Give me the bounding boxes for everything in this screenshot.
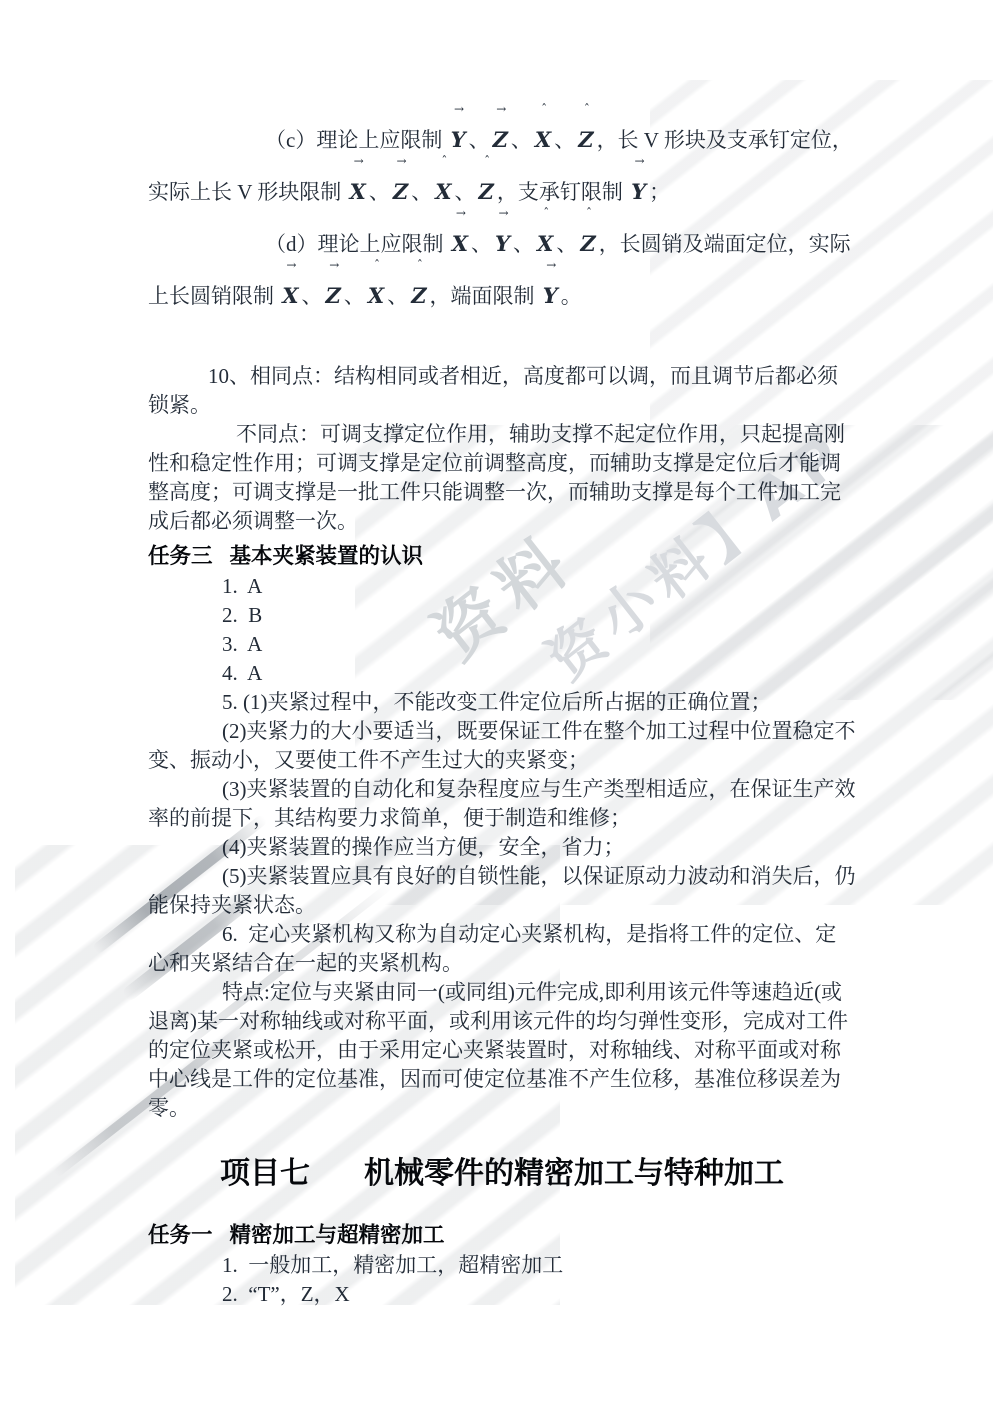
- text-run: 、: [556, 232, 577, 256]
- math-letter: Z: [580, 231, 595, 256]
- answer-5-1: 5. (1)夹紧过程中，不能改变工件定位后所占据的正确位置；: [148, 688, 856, 717]
- math-letter: Z: [478, 179, 493, 204]
- math-accent: ˆ: [367, 260, 387, 270]
- task1-answer-2: 2. “T”，Z，X: [222, 1280, 856, 1309]
- math-accent: →: [542, 260, 561, 270]
- text-run: ，端面限制: [430, 284, 540, 308]
- answer-5-5: (5)夹紧装置应具有良好的自锁性能，以保证原动力波动和消失后，仍能保持夹紧状态。: [148, 862, 856, 920]
- math-symbol: →Y: [494, 218, 511, 270]
- math-accent: ˆ: [410, 260, 429, 270]
- math-letter: Z: [578, 127, 593, 152]
- answer-5-4: (4)夹紧装置的操作应当方便，安全，省力；: [148, 833, 856, 862]
- para-10-diff: 不同点：可调支撑定位作用，辅助支撑不起定位作用，只起提高刚性和稳定性作用；可调支…: [148, 420, 856, 536]
- para-d: （d）理论上应限制 →X、→Y、ˆX、ˆZ，长圆销及端面定位，实际上长圆销限制 …: [148, 218, 856, 322]
- math-symbol: →Z: [325, 270, 342, 322]
- math-letter: X: [282, 283, 298, 308]
- math-letter: Y: [495, 231, 510, 256]
- text-run: 、: [302, 284, 323, 308]
- math-symbol: →Y: [542, 270, 559, 322]
- math-accent: ˆ: [579, 208, 598, 218]
- para-10-same: 10、相同点：结构相同或者相近，高度都可以调，而且调节后都必须锁紧。: [148, 362, 856, 420]
- answer-3: 3. A: [222, 630, 856, 659]
- text-run: 、: [344, 284, 365, 308]
- task3-heading: 任务三基本夹紧装置的认识: [148, 542, 856, 572]
- math-accent: ˆ: [534, 104, 554, 114]
- math-symbol: ˆX: [367, 270, 385, 322]
- math-symbol: ˆZ: [577, 114, 594, 166]
- math-letter: Z: [326, 283, 341, 308]
- text-run: 、: [454, 180, 475, 204]
- answer-2: 2. B: [222, 601, 856, 630]
- answer-6: 6. 定心夹紧机构又称为自动定心夹紧机构，是指将工件的定位、定心和夹紧结合在一起…: [148, 920, 856, 978]
- math-symbol: →X: [349, 166, 367, 218]
- math-letter: Z: [411, 283, 426, 308]
- math-letter: X: [537, 231, 553, 256]
- text-run: 、: [369, 180, 390, 204]
- math-letter: Z: [393, 179, 408, 204]
- math-accent: →: [392, 156, 411, 166]
- math-letter: Y: [543, 283, 558, 308]
- math-accent: ˆ: [577, 104, 596, 114]
- text-run: 、: [471, 232, 492, 256]
- math-symbol: →X: [451, 218, 469, 270]
- text-run: 、: [387, 284, 408, 308]
- text-run: 、: [411, 180, 432, 204]
- answer-5-3: (3)夹紧装置的自动化和复杂程度应与生产类型相适应，在保证生产效率的前提下，其结…: [148, 775, 856, 833]
- heading-title: 基本夹紧装置的认识: [230, 542, 424, 572]
- heading-title: 精密加工与超精密加工: [230, 1221, 445, 1251]
- math-accent: ˆ: [477, 156, 496, 166]
- math-symbol: →Y: [630, 166, 647, 218]
- text-run: ；: [649, 180, 670, 204]
- math-accent: ˆ: [434, 156, 454, 166]
- heading-number: 任务一: [148, 1221, 213, 1251]
- math-symbol: ˆZ: [477, 166, 494, 218]
- text-run: ，支承钉限制: [497, 180, 628, 204]
- math-symbol: →X: [281, 270, 299, 322]
- math-letter: X: [435, 179, 451, 204]
- math-accent: →: [450, 104, 469, 114]
- document-body: （c）理论上应限制 →Y、→Z、ˆX、ˆZ，长 V 形块及支承钉定位，实际上长 …: [148, 114, 856, 1309]
- text-run: （d）理论上应限制: [265, 232, 449, 256]
- math-accent: →: [349, 156, 369, 166]
- answer-4: 4. A: [222, 659, 856, 688]
- document-page: 资料 资小料】AP （c）理论上应限制 →Y、→Z、ˆX、ˆZ，长 V 形块及支…: [0, 0, 993, 1404]
- math-symbol: →Z: [392, 166, 409, 218]
- math-symbol: ˆZ: [410, 270, 427, 322]
- math-accent: ˆ: [536, 208, 556, 218]
- text-run: 、: [554, 128, 575, 152]
- answer-5-2: (2)夹紧力的大小要适当，既要保证工件在整个加工过程中位置稳定不变、振动小，又要…: [148, 717, 856, 775]
- math-letter: X: [452, 231, 468, 256]
- text-run: 、: [513, 232, 534, 256]
- text-run: 。: [561, 284, 582, 308]
- task1-answer-1: 1. 一般加工，精密加工，超精密加工: [222, 1251, 856, 1280]
- text-run: 、: [511, 128, 532, 152]
- math-accent: →: [492, 104, 511, 114]
- math-letter: Y: [631, 179, 646, 204]
- math-symbol: ˆZ: [579, 218, 596, 270]
- math-letter: X: [535, 127, 551, 152]
- task1-heading: 任务一精密加工与超精密加工: [148, 1221, 856, 1251]
- math-letter: Z: [493, 127, 508, 152]
- para-c: （c）理论上应限制 →Y、→Z、ˆX、ˆZ，长 V 形块及支承钉定位，实际上长 …: [148, 114, 856, 218]
- text-run: （c）理论上应限制: [265, 128, 448, 152]
- math-letter: X: [368, 283, 384, 308]
- project7-heading: 项目七机械零件的精密加工与特种加工: [148, 1153, 856, 1195]
- answer-6-features: 特点:定位与夹紧由同一(或同组)元件完成,即利用该元件等速趋近(或退离)某一对称…: [148, 978, 856, 1123]
- math-symbol: ˆX: [534, 114, 552, 166]
- answer-1: 1. A: [222, 572, 856, 601]
- math-accent: →: [630, 156, 649, 166]
- heading-title: 机械零件的精密加工与特种加工: [364, 1153, 784, 1195]
- math-accent: →: [451, 208, 471, 218]
- heading-number: 项目七: [220, 1153, 310, 1195]
- math-symbol: ˆX: [434, 166, 452, 218]
- math-accent: →: [281, 260, 301, 270]
- text-run: 、: [469, 128, 490, 152]
- heading-number: 任务三: [148, 542, 213, 572]
- math-accent: →: [494, 208, 513, 218]
- math-letter: X: [350, 179, 366, 204]
- math-accent: →: [325, 260, 344, 270]
- math-letter: Y: [451, 127, 466, 152]
